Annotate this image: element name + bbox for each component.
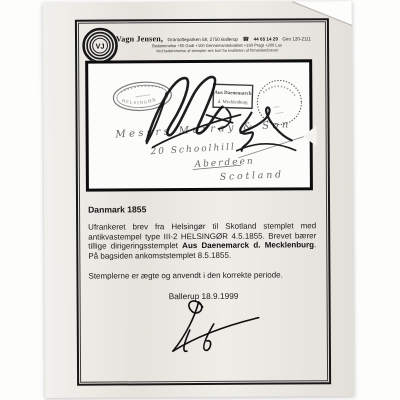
arrival-cds xyxy=(257,80,301,124)
box-stamp-line2: d. Mecklenburg xyxy=(218,100,248,106)
scanned-certificate-page: VJ Vagn Jensen, Grantofteparken 58, 2750… xyxy=(43,1,354,398)
grading-scale: Bedømmelse +50 Godt +100 Gennemsnitskval… xyxy=(116,42,318,54)
cover-photo: HELSINGØR Aus Daenemarck d. Mecklenburg xyxy=(85,59,313,191)
certificate-border-frame: VJ Vagn Jensen, Grantofteparken 58, 2750… xyxy=(75,18,331,386)
svg-text:HELSINGØR: HELSINGØR xyxy=(121,95,157,106)
handwritten-address: Messrs Murray & Son 20 Schoolhill Aberde… xyxy=(114,119,292,183)
vj-logo-icon: VJ xyxy=(82,27,118,63)
address-line-4: Scotland xyxy=(220,169,285,183)
vj-logo-text: VJ xyxy=(96,42,105,51)
box-stamp-line1: Aus Daenemarck xyxy=(214,90,252,97)
cover-photo-art: HELSINGØR Aus Daenemarck d. Mecklenburg xyxy=(88,62,309,187)
dealer-name: Vagn Jensen, xyxy=(116,34,163,43)
oval-postmark-label: HELSINGØR xyxy=(121,95,157,106)
grading-note: Ved bedømmelse af stempler ses bort fra … xyxy=(116,48,318,54)
signature-icon xyxy=(157,295,265,374)
certificate-content: VJ Vagn Jensen, Grantofteparken 58, 2750… xyxy=(78,21,328,383)
oval-postmark: HELSINGØR xyxy=(112,80,172,112)
cert-title: Danmark 1855 xyxy=(88,204,146,214)
dealer-phone: 44 65 14 29 xyxy=(254,37,278,42)
cert-paragraph: Ufrankeret brev fra Helsingør til Skotla… xyxy=(88,221,316,261)
address-line-3: Aberdeen xyxy=(193,157,255,171)
cert-paragraph-bold: Aus Daenemarck d. Mecklenburg xyxy=(182,241,314,251)
dealer-giro: Giro 120-2111 xyxy=(282,36,311,41)
address-line-2: 20 Schoolhill xyxy=(149,142,236,157)
dealer-address: Grantofteparken 58, 2750 Ballerup xyxy=(167,37,238,42)
cert-statement: Stemplerne er ægte og anvendt i den korr… xyxy=(88,270,316,280)
transit-box-stamp: Aus Daenemarck d. Mecklenburg xyxy=(213,84,253,108)
